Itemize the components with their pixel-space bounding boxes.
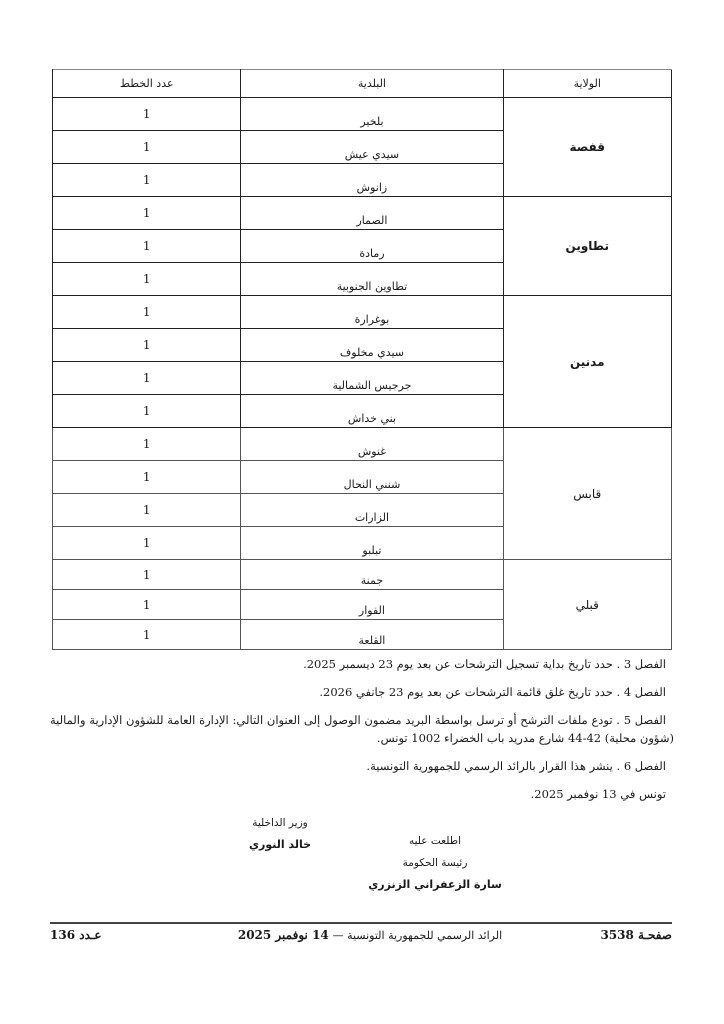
count-cell: 1	[53, 527, 241, 560]
municipality-cell: تبلبو	[241, 527, 503, 560]
journal-date: 14 نوفمبر 2025	[238, 928, 329, 942]
count-cell: 1	[53, 197, 241, 230]
municipality-cell: رمادة	[241, 230, 503, 263]
municipality-cell: جمنة	[241, 560, 503, 590]
header-governorate: الولاية	[503, 70, 672, 98]
municipality-cell: تطاوين الجنوبية	[241, 263, 503, 296]
governorate-cell: مدنين	[503, 296, 672, 428]
count-cell: 1	[53, 560, 241, 590]
count-cell: 1	[53, 296, 241, 329]
count-cell: 1	[53, 131, 241, 164]
count-cell: 1	[53, 494, 241, 527]
count-cell: 1	[53, 164, 241, 197]
count-cell: 1	[53, 263, 241, 296]
municipality-cell: الصمار	[241, 197, 503, 230]
article-3: الفصل 3 . حدد تاريخ بداية تسجيل الترشحات…	[50, 655, 674, 673]
count-cell: 1	[53, 98, 241, 131]
seen-label: اطلعت عليه	[365, 830, 505, 852]
minister-title: وزير الداخلية	[240, 812, 320, 834]
issue-number: عـدد 136	[50, 928, 102, 942]
header-count: عدد الخطط	[53, 70, 241, 98]
pm-name: سارة الزعفراني الزنزري	[365, 874, 505, 896]
article-4: الفصل 4 . حدد تاريخ غلق قائمة الترشحات ع…	[50, 683, 674, 701]
count-cell: 1	[53, 590, 241, 620]
municipality-cell: سيدي عيش	[241, 131, 503, 164]
footer-divider	[50, 922, 672, 924]
count-cell: 1	[53, 362, 241, 395]
articles-section: الفصل 3 . حدد تاريخ بداية تسجيل الترشحات…	[50, 655, 674, 813]
count-cell: 1	[53, 395, 241, 428]
page-footer: صفحـة 3538 الرائد الرسمي للجمهورية التون…	[50, 928, 672, 948]
table-row: مدنين بوغرارة 1	[53, 296, 672, 329]
pm-title: رئيسة الحكومة	[365, 852, 505, 874]
gazette-page: الولاية البلدية عدد الخطط قفصة بلخير 1 س…	[0, 0, 724, 1024]
page-number: صفحـة 3538	[600, 928, 672, 942]
municipality-cell: زانوش	[241, 164, 503, 197]
governorate-cell: قفصة	[503, 98, 672, 197]
minister-name: خالد النوري	[240, 834, 320, 856]
table-header-row: الولاية البلدية عدد الخطط	[53, 70, 672, 98]
count-cell: 1	[53, 230, 241, 263]
governorate-cell: تطاوين	[503, 197, 672, 296]
governorate-cell: قابس	[503, 428, 672, 560]
place-date: تونس في 13 نوفمبر 2025.	[50, 785, 674, 803]
table-row: قابس غنوش 1	[53, 428, 672, 461]
municipality-cell: بوغرارة	[241, 296, 503, 329]
count-cell: 1	[53, 329, 241, 362]
header-municipality: البلدية	[241, 70, 503, 98]
count-cell: 1	[53, 620, 241, 650]
municipality-cell: القلعة	[241, 620, 503, 650]
table-row: قبلي جمنة 1	[53, 560, 672, 590]
table-row: تطاوين الصمار 1	[53, 197, 672, 230]
journal-title: الرائد الرسمي للجمهورية التونسية — 14 نو…	[230, 928, 510, 942]
municipality-cell: الفوار	[241, 590, 503, 620]
municipality-cell: شنني النحال	[241, 461, 503, 494]
table-row: قفصة بلخير 1	[53, 98, 672, 131]
municipality-cell: جرجيس الشمالية	[241, 362, 503, 395]
municipality-cell: سيدي مخلوف	[241, 329, 503, 362]
count-cell: 1	[53, 428, 241, 461]
municipality-cell: الزارات	[241, 494, 503, 527]
count-cell: 1	[53, 461, 241, 494]
prime-minister-signature: اطلعت عليه رئيسة الحكومة سارة الزعفراني …	[365, 830, 505, 896]
journal-name: الرائد الرسمي للجمهورية التونسية —	[333, 929, 503, 942]
article-6: الفصل 6 . ينشر هذا القرار بالرائد الرسمي…	[50, 757, 674, 775]
municipality-cell: بلخير	[241, 98, 503, 131]
article-5: الفصل 5 . تودع ملفات الترشح أو ترسل بواس…	[50, 711, 674, 747]
municipality-cell: بني خداش	[241, 395, 503, 428]
minister-signature: وزير الداخلية خالد النوري	[240, 812, 320, 856]
governorate-cell: قبلي	[503, 560, 672, 650]
municipality-cell: غنوش	[241, 428, 503, 461]
municipalities-table: الولاية البلدية عدد الخطط قفصة بلخير 1 س…	[52, 69, 672, 650]
